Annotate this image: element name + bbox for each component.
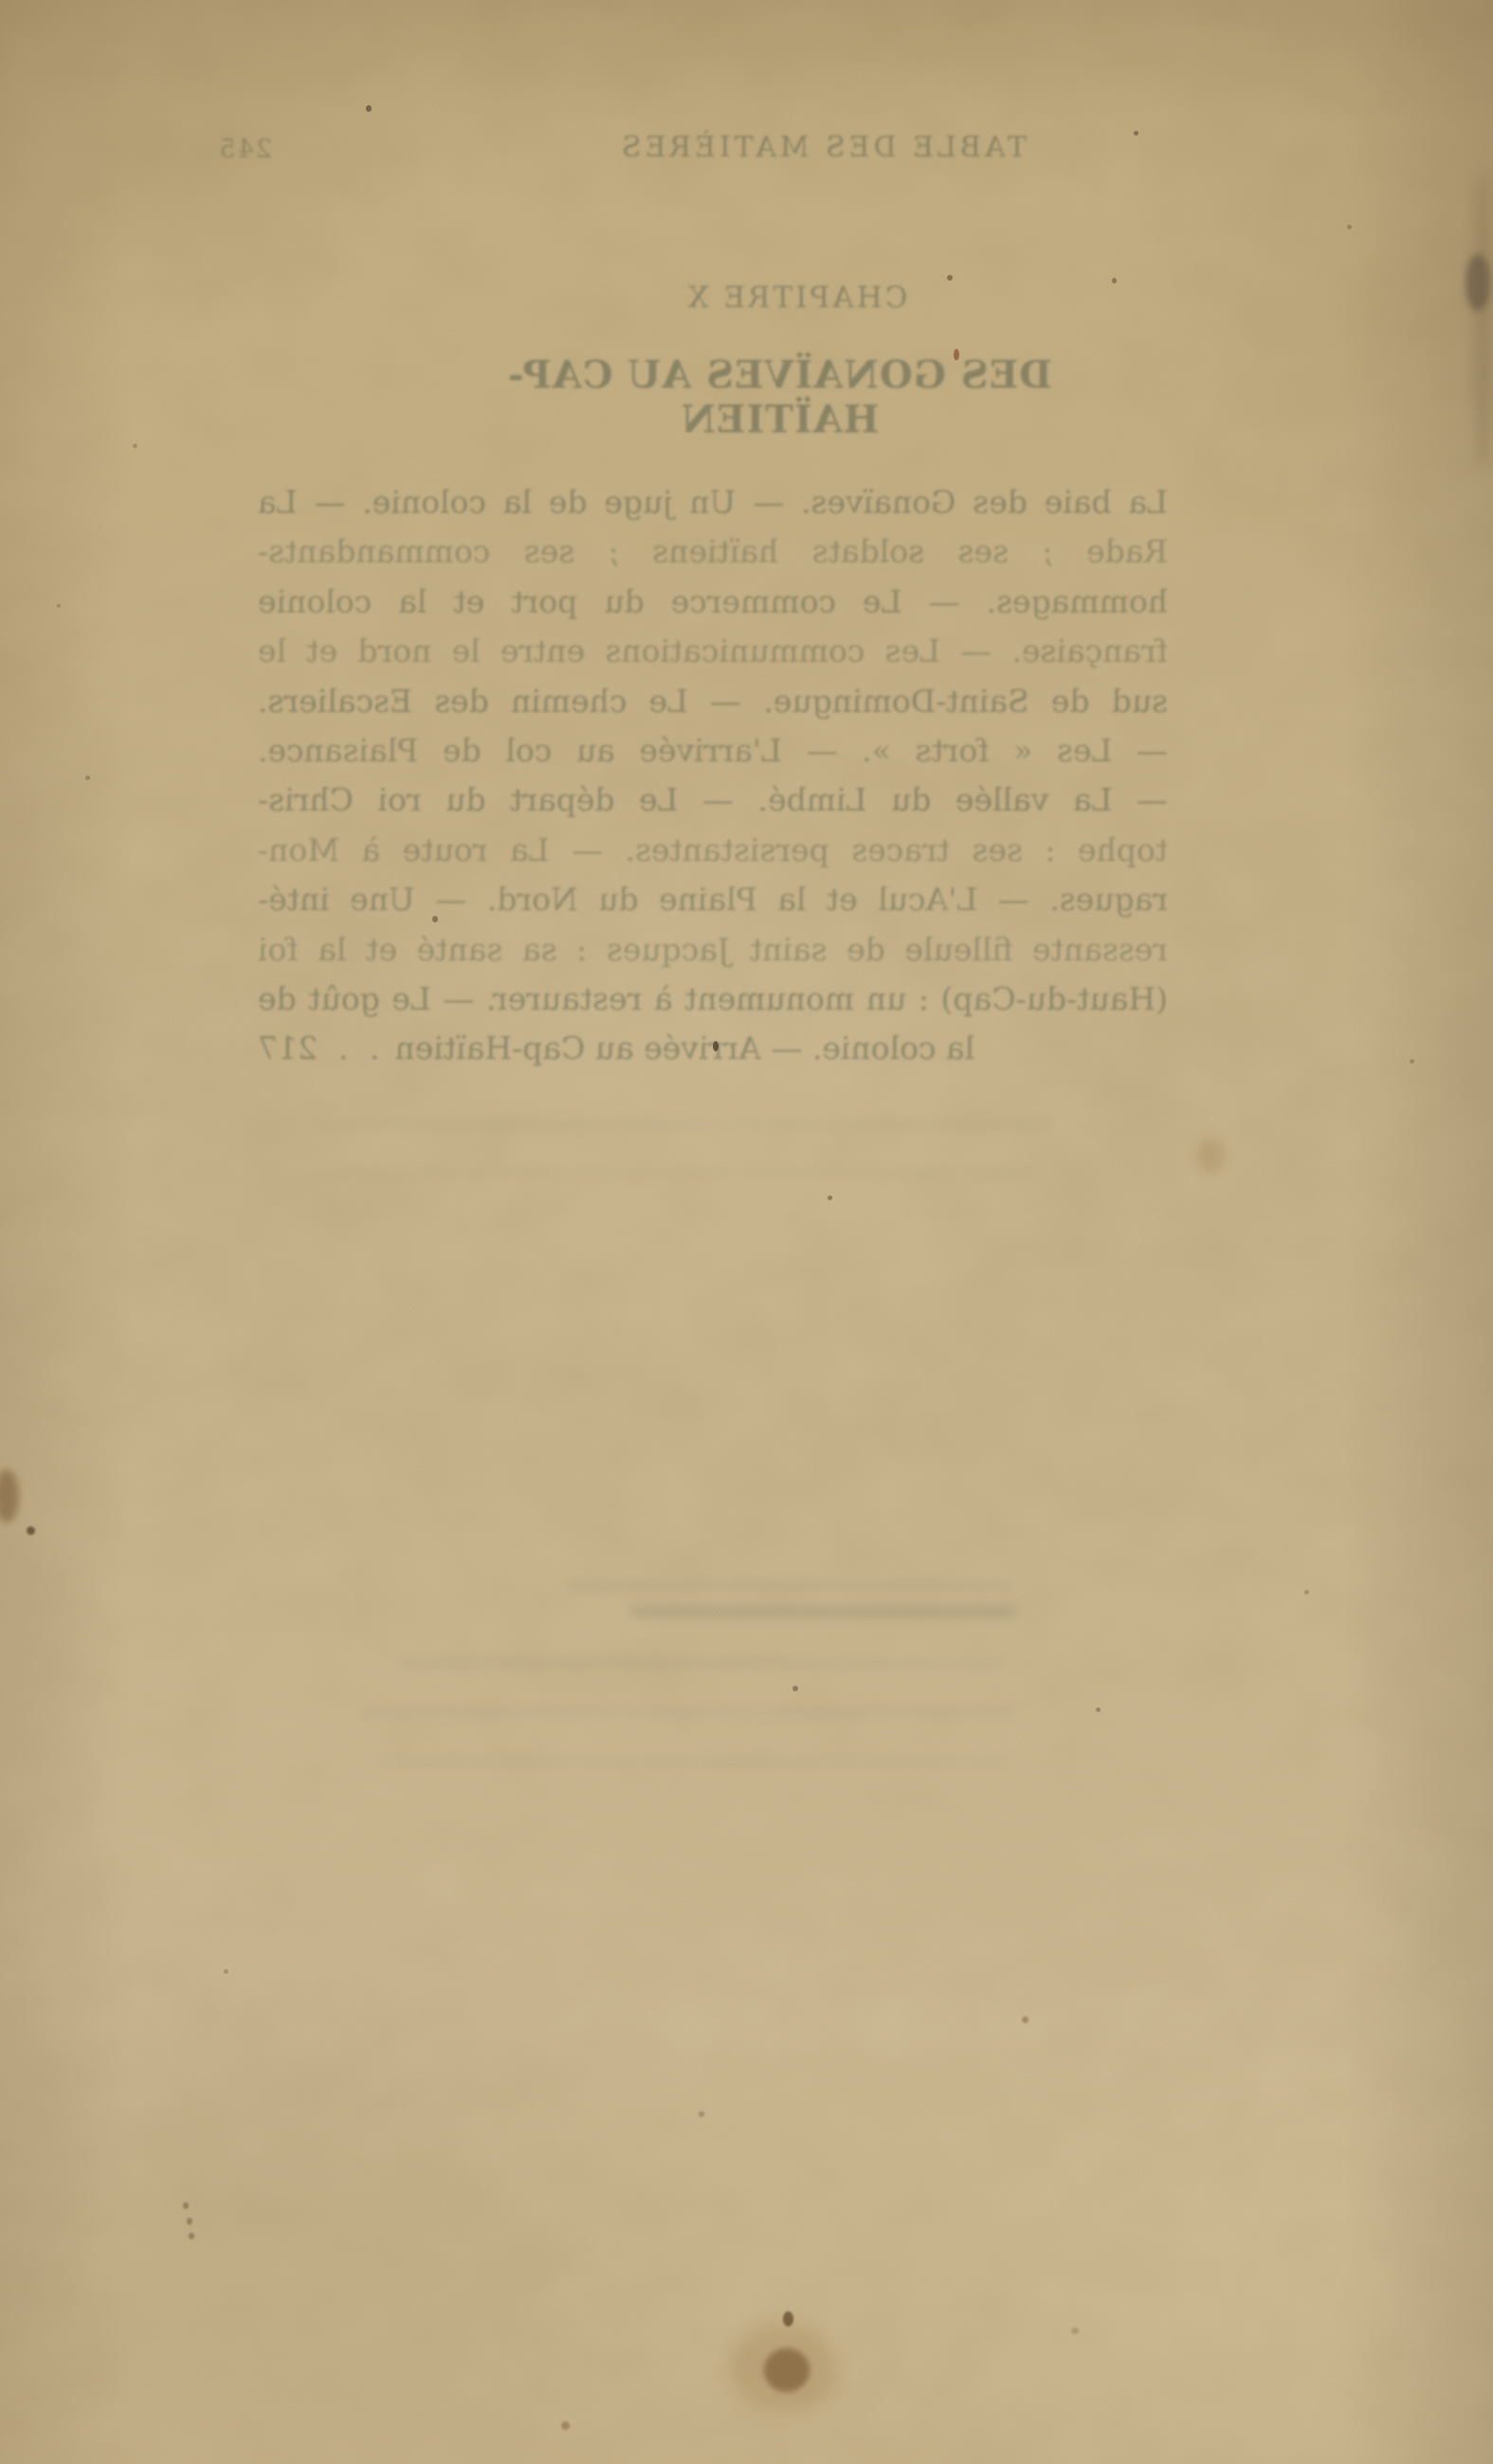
stain-speck <box>1096 1707 1101 1712</box>
stain-speck <box>828 1195 832 1200</box>
stain-speck <box>0 1469 19 1523</box>
toc-entry-line: sud de Saint-Domingue. — Le chemin des E… <box>258 677 1168 726</box>
toc-entry-line: Rade ; ses soldats haïtiens ; ses comman… <box>258 527 1168 576</box>
stain-speck <box>366 105 372 112</box>
toc-page-ref: 217 <box>258 1024 318 1073</box>
chapter-title: DES GONAÏVES AU CAP-HAÏTIEN <box>441 353 1119 442</box>
toc-entry-line: La baie des Gonaïves. — Un juge de la co… <box>258 478 1168 527</box>
ghost-text-streak <box>398 1657 1005 1669</box>
stain-speck <box>1410 1059 1414 1064</box>
ghost-text-streak <box>629 1604 1016 1618</box>
toc-entry-line: (Haut-du-Cap) : un monument à restaurer.… <box>258 975 1168 1024</box>
stain-speck <box>224 1969 228 1974</box>
toc-summary-paragraph: La baie des Gonaïves. — Un juge de la co… <box>258 478 1168 1074</box>
ghost-text-streak <box>313 1168 1033 1179</box>
toc-entry-line: ragues. — L'Acul et la Plaine du Nord. —… <box>258 875 1168 924</box>
toc-entry-text: la colonie. — Arrivée au Cap-Haïtien <box>394 1024 974 1073</box>
toc-entry-line: tophe : ses traces persistantes. — La ro… <box>258 826 1168 875</box>
stain-speck <box>1304 1590 1309 1595</box>
toc-entry-line: — La vallée du Limbé. — Le départ du roi… <box>258 776 1168 825</box>
stain-speck <box>561 2421 570 2430</box>
stain-speck <box>1347 225 1352 229</box>
stain-speck <box>699 2111 704 2117</box>
stain-speck <box>183 2202 189 2209</box>
stain-speck <box>1071 2327 1079 2334</box>
stain-speck <box>764 2348 810 2392</box>
ghost-text-streak <box>567 1581 1012 1592</box>
dot-leader: . . <box>333 1024 379 1073</box>
toc-entry-line: ressante filleule de saint Jacques : sa … <box>258 925 1168 975</box>
stain-speck <box>1022 2017 1029 2023</box>
toc-entry-line: — Les « forts ». — L'arrivée au col de P… <box>258 726 1168 776</box>
stain-speck <box>57 604 61 608</box>
stain-speck <box>187 2218 192 2225</box>
stain-speck <box>85 776 90 780</box>
bleedthrough-layer: 245 TABLE DES MATIÈRES CHAPITRE X DES GO… <box>218 131 1275 1079</box>
ghost-text-streak <box>360 1707 1014 1718</box>
folio-number: 245 <box>206 135 272 164</box>
chapter-heading: CHAPITRE X <box>683 281 910 315</box>
stain-speck <box>1473 166 1493 469</box>
stain-speck <box>1196 1138 1225 1174</box>
toc-entry-line: française. — Les communications entre le… <box>258 627 1168 676</box>
stain-speck <box>133 444 137 448</box>
stain-speck <box>189 2233 194 2239</box>
stain-speck <box>1466 254 1490 311</box>
toc-entry-last-line: la colonie. — Arrivée au Cap-Haïtien . .… <box>258 1024 1168 1073</box>
stain-speck <box>731 2323 837 2414</box>
ghost-text-streak <box>313 1119 1052 1130</box>
book-page: 245 TABLE DES MATIÈRES CHAPITRE X DES GO… <box>0 0 1493 2464</box>
stain-speck <box>792 1686 798 1691</box>
running-head: TABLE DES MATIÈRES <box>592 131 1052 164</box>
ghost-text-streak <box>379 1756 1005 1767</box>
stain-speck <box>783 2311 793 2327</box>
toc-entry-line: hommages. — Le commerce du port et la co… <box>258 577 1168 627</box>
stain-speck <box>27 1526 35 1535</box>
